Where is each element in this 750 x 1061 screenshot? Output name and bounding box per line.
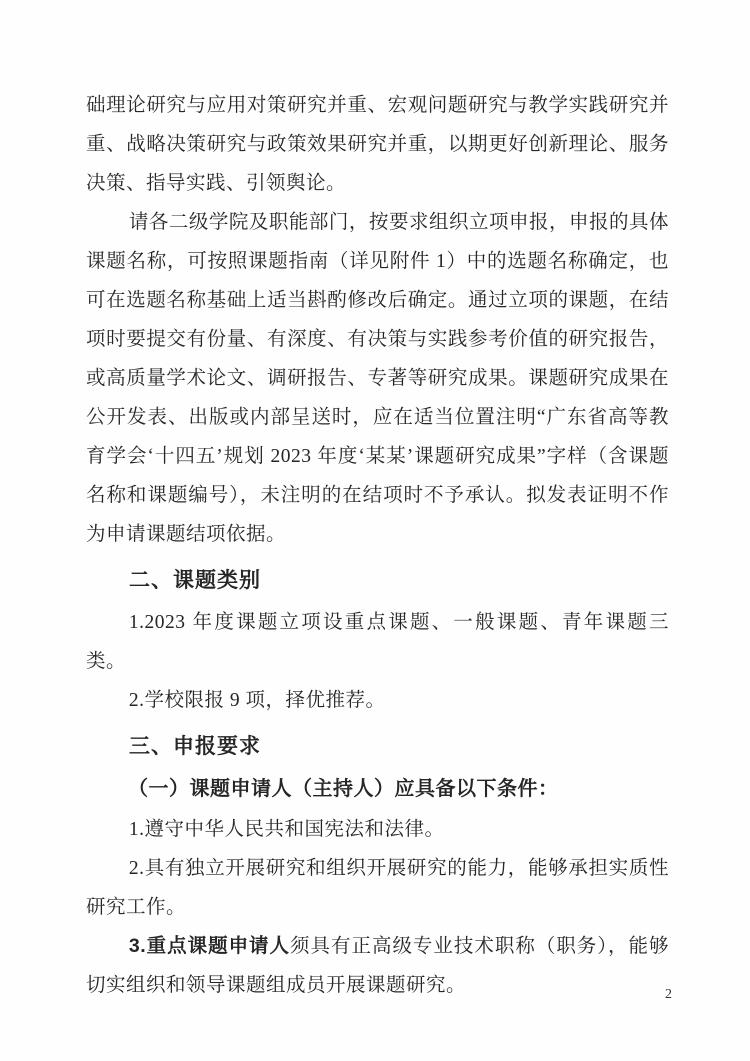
paragraph-application-instructions: 请各二级学院及职能部门，按要求组织立项申报，申报的具体课题名称，可按照课题指南（… [86,203,669,554]
condition-item-law: 1.遵守中华人民共和国宪法和法律。 [86,810,669,849]
section-heading-category: 二、课题类别 [86,561,669,600]
section-heading-requirements: 三、申报要求 [86,727,669,766]
list-item-category-types: 1.2023 年度课题立项设重点课题、一般课题、青年课题三类。 [86,603,669,681]
condition-item-key-project-lead: 3.重点课题申请人 [129,935,290,957]
condition-item-capability: 2.具有独立开展研究和组织开展研究的能力，能够承担实质性研究工作。 [86,849,669,927]
page-number: 2 [665,987,672,1003]
document-page: 础理论研究与应用对策研究并重、宏观问题研究与教学实践研究并重、战略决策研究与政策… [0,0,750,1061]
condition-item-key-project: 3.重点课题申请人须具有正高级专业技术职称（职务），能够切实组织和领导课题组成员… [86,927,669,1005]
list-item-quota: 2.学校限报 9 项，择优推荐。 [86,681,669,720]
document-body: 础理论研究与应用对策研究并重、宏观问题研究与教学实践研究并重、战略决策研究与政策… [86,86,669,1005]
subsection-heading-applicant-conditions: （一）课题申请人（主持人）应具备以下条件： [86,769,669,809]
paragraph-continuation: 础理论研究与应用对策研究并重、宏观问题研究与教学实践研究并重、战略决策研究与政策… [86,86,669,203]
